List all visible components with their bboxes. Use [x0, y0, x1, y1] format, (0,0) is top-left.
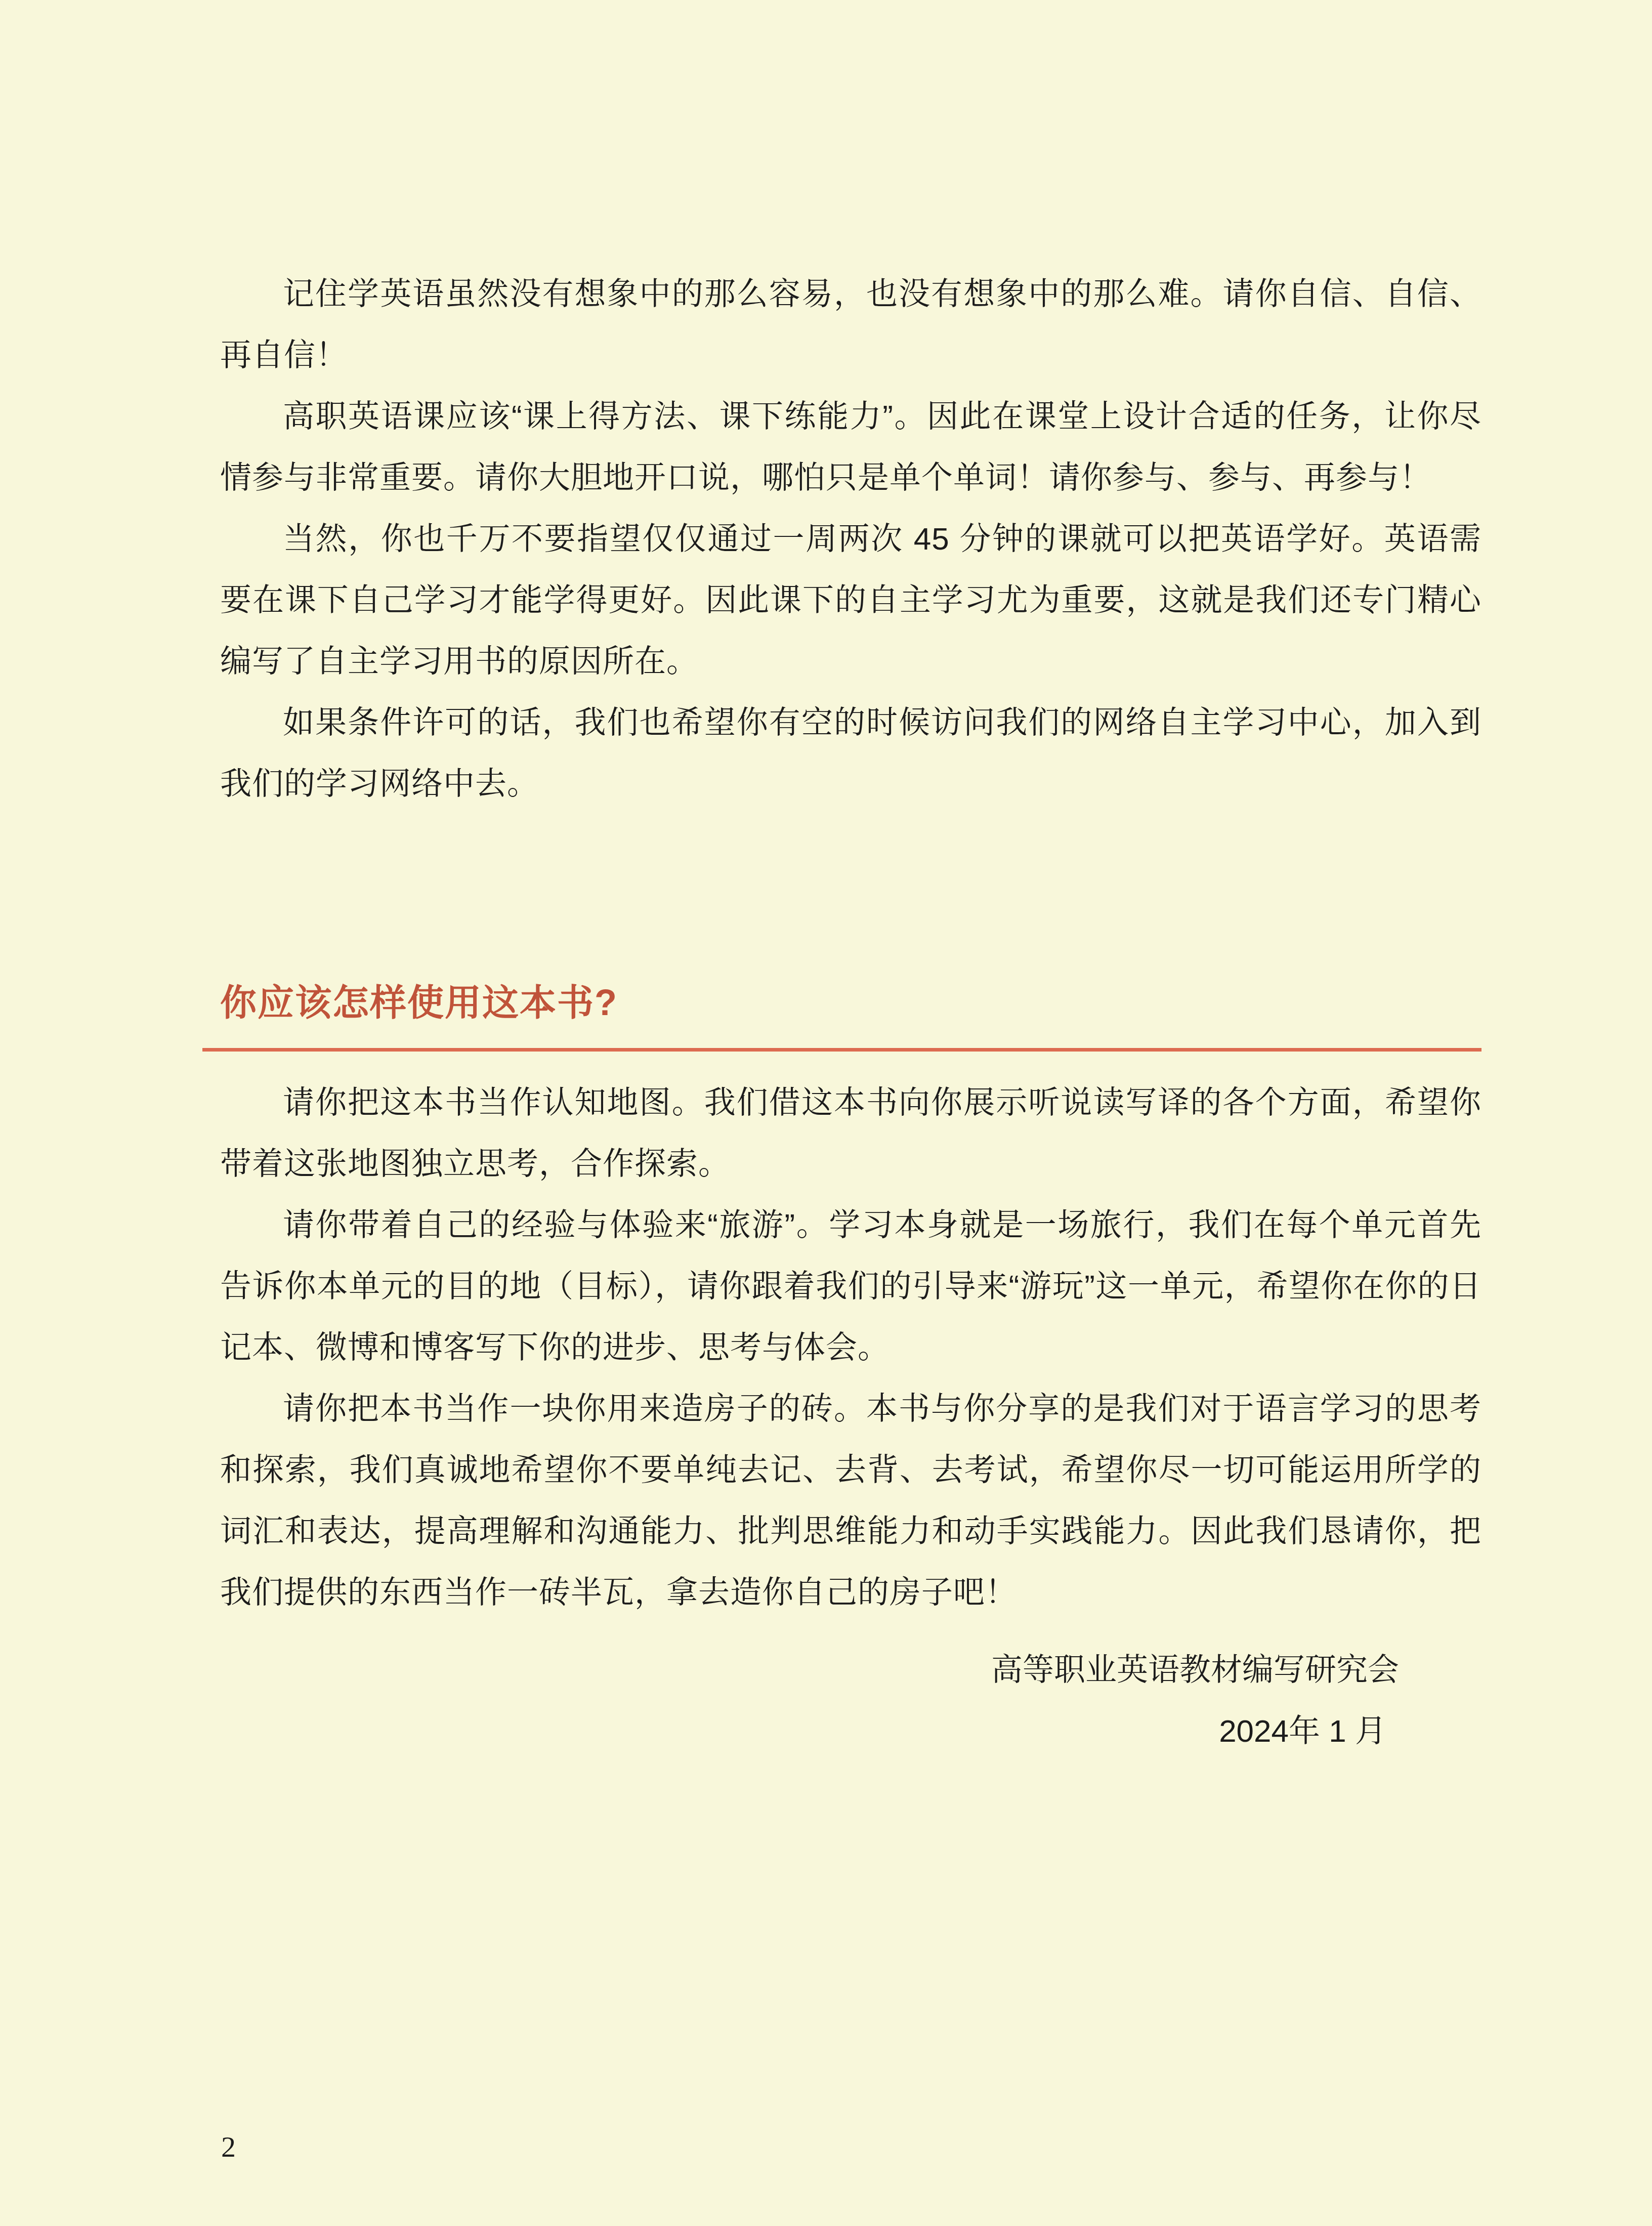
usage-paragraph: 请你把这本书当作认知地图。我们借这本书向你展示听说读写译的各个方面，希望你带着这… — [220, 1072, 1481, 1195]
usage-paragraph: 请你带着自己的经验与体验来“旅游”。学习本身就是一场旅行，我们在每个单元首先告诉… — [220, 1195, 1481, 1378]
publication-date: 2024年 1 月 — [220, 1701, 1481, 1762]
page: 记住学英语虽然没有想象中的那么容易，也没有想象中的那么难。请你自信、自信、再自信… — [0, 0, 1652, 2226]
section-divider — [202, 1048, 1481, 1052]
intro-paragraph: 如果条件许可的话，我们也希望你有空的时候访问我们的网络自主学习中心，加入到我们的… — [220, 692, 1481, 815]
preface-content: 记住学英语虽然没有想象中的那么容易，也没有想象中的那么难。请你自信、自信、再自信… — [220, 264, 1481, 1762]
page-number: 2 — [221, 2127, 236, 2167]
intro-paragraph: 记住学英语虽然没有想象中的那么容易，也没有想象中的那么难。请你自信、自信、再自信… — [220, 264, 1481, 386]
usage-paragraph: 请你把本书当作一块你用来造房子的砖。本书与你分享的是我们对于语言学习的思考和探索… — [220, 1378, 1481, 1623]
intro-paragraph: 当然，你也千万不要指望仅仅通过一周两次 45 分钟的课就可以把英语学好。英语需要… — [220, 509, 1481, 692]
intro-paragraph: 高职英语课应该“课上得方法、课下练能力”。因此在课堂上设计合适的任务，让你尽情参… — [220, 386, 1481, 509]
signature: 高等职业英语教材编写研究会 — [220, 1640, 1481, 1701]
section-heading: 你应该怎样使用这本书? — [220, 980, 1481, 1026]
